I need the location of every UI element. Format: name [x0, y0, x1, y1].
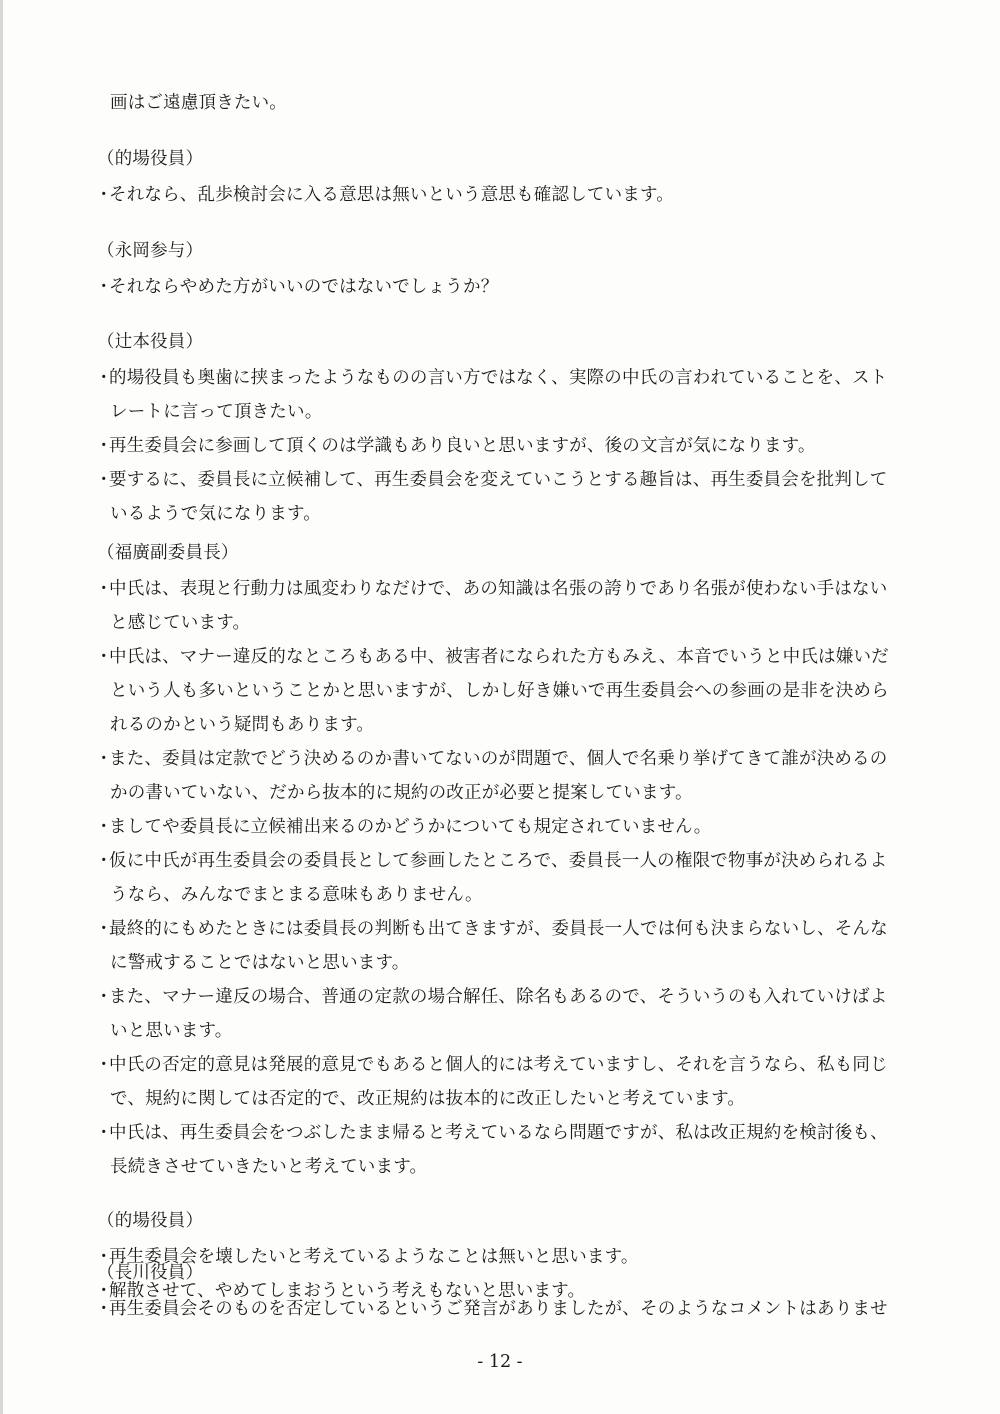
- bullet-icon: ・: [95, 1298, 109, 1320]
- bullet-icon: ・: [95, 469, 109, 491]
- bullet-continuation: うなら、みんなでまとまる意味もありません。: [110, 884, 483, 906]
- bullet-text: また、委員は定款でどう決めるのか書いてないのが問題で、個人で名乗り挙げてきて誰が…: [109, 749, 887, 769]
- continued-text: 画はご遠慮頂きたい。: [110, 92, 287, 114]
- bullet-continuation: かの書いていない、だから抜本的に規約の改正が必要と提案しています。: [110, 782, 693, 804]
- bullet-icon: ・: [95, 184, 109, 206]
- bullet-text: 仮に中氏が再生委員会の委員長として参画したところで、委員長一人の権限で物事が決め…: [109, 851, 887, 871]
- bullet-item: ・また、委員は定款でどう決めるのか書いてないのが問題で、個人で名乗り挙げてきて誰…: [95, 748, 887, 770]
- speaker-label: （辻本役員）: [97, 331, 203, 353]
- bullet-text: 中氏は、マナー違反的なところもある中、被害者になられた方もみえ、本音でいうと中氏…: [109, 647, 889, 667]
- bullet-continuation: れるのかという疑問もあります。: [110, 714, 374, 736]
- bullet-icon: ・: [95, 850, 109, 872]
- speaker-label: （的場役員）: [97, 1210, 203, 1232]
- bullet-item: ・再生委員会そのものを否定しているというご発言がありましたが、そのようなコメント…: [95, 1298, 888, 1320]
- bullet-item: ・最終的にもめたときには委員長の判断も出てきますが、委員長一人では何も決まらない…: [95, 918, 888, 940]
- bullet-item: ・ましてや委員長に立候補出来るのかどうかについても規定されていません。: [95, 816, 712, 838]
- bullet-icon: ・: [95, 1054, 109, 1076]
- bullet-icon: ・: [95, 816, 109, 838]
- bullet-item: ・中氏は、マナー違反的なところもある中、被害者になられた方もみえ、本音でいうと中…: [95, 646, 889, 668]
- bullet-item: ・中氏の否定的意見は発展的意見でもあると個人的には考えていますし、それを言うなら…: [95, 1054, 888, 1076]
- bullet-continuation: 長続きさせていきたいと考えています。: [110, 1156, 427, 1178]
- bullet-continuation: で、規約に関しては否定的で、改正規約は抜本的に改正したいと考えています。: [110, 1088, 745, 1110]
- bullet-continuation: いるようで気になります。: [110, 503, 321, 525]
- bullet-icon: ・: [95, 986, 109, 1008]
- bullet-item: ・中氏は、表現と行動力は風変わりなだけで、あの知識は名張の誇りであり名張が使わな…: [95, 578, 887, 600]
- bullet-item: ・仮に中氏が再生委員会の委員長として参画したところで、委員長一人の権限で物事が決…: [95, 850, 887, 872]
- bullet-item: ・中氏は、再生委員会をつぶしたまま帰ると考えているなら問題ですが、私は改正規約を…: [95, 1122, 888, 1144]
- speaker-label: （長川役員）: [97, 1262, 203, 1284]
- bullet-text: 中氏は、再生委員会をつぶしたまま帰ると考えているなら問題ですが、私は改正規約を検…: [109, 1123, 888, 1143]
- scan-page-edge: [0, 0, 3, 1414]
- bullet-icon: ・: [95, 918, 109, 940]
- page-number: - 12 -: [0, 1352, 1000, 1372]
- bullet-icon: ・: [95, 435, 109, 457]
- bullet-item: ・それなら、乱歩検討会に入る意思は無いという意思も確認しています。: [95, 184, 674, 206]
- speaker-label: （福廣副委員長）: [97, 542, 239, 564]
- bullet-continuation: と感じています。: [110, 612, 250, 634]
- bullet-text: 最終的にもめたときには委員長の判断も出てきますが、委員長一人では何も決まらないし…: [109, 919, 888, 939]
- bullet-icon: ・: [95, 646, 109, 668]
- bullet-text: それなら、乱歩検討会に入る意思は無いという意思も確認しています。: [109, 185, 674, 205]
- bullet-text: それならやめた方がいいのではないでしょうか？: [109, 277, 498, 297]
- bullet-text: 要するに、委員長に立候補して、再生委員会を変えていこうとする趣旨は、再生委員会を…: [109, 470, 887, 490]
- bullet-continuation: レートに言って頂きたい。: [110, 401, 322, 423]
- bullet-continuation: という人も多いということかと思いますが、しかし好き嫌いで再生委員会への参画の是非…: [110, 680, 889, 702]
- bullet-icon: ・: [95, 748, 109, 770]
- bullet-text: 中氏は、表現と行動力は風変わりなだけで、あの知識は名張の誇りであり名張が使わない…: [109, 579, 887, 599]
- bullet-item: ・それならやめた方がいいのではないでしょうか？: [95, 276, 498, 298]
- bullet-text: ましてや委員長に立候補出来るのかどうかについても規定されていません。: [109, 817, 712, 837]
- bullet-item: ・要するに、委員長に立候補して、再生委員会を変えていこうとする趣旨は、再生委員会…: [95, 469, 887, 491]
- bullet-icon: ・: [95, 367, 109, 389]
- bullet-item: ・また、マナー違反の場合、普通の定款の場合解任、除名もあるので、そういうのも入れ…: [95, 986, 887, 1008]
- bullet-icon: ・: [95, 276, 109, 298]
- bullet-icon: ・: [95, 1122, 109, 1144]
- bullet-continuation: に警戒することではないと思います。: [110, 952, 410, 974]
- bullet-continuation: いと思います。: [110, 1020, 233, 1042]
- bullet-text: 中氏の否定的意見は発展的意見でもあると個人的には考えていますし、それを言うなら、…: [109, 1055, 888, 1075]
- bullet-item: ・再生委員会に参画して頂くのは学識もあり良いと思いますが、後の文言が気になります…: [95, 435, 816, 457]
- bullet-text: 的場役員も奥歯に挟まったようなものの言い方ではなく、実際の中氏の言われていること…: [109, 368, 887, 388]
- bullet-text: 再生委員会に参画して頂くのは学識もあり良いと思いますが、後の文言が気になります。: [109, 436, 816, 456]
- bullet-text: 再生委員会そのものを否定しているというご発言がありましたが、そのようなコメントは…: [109, 1299, 888, 1319]
- speaker-label: （永岡参与）: [97, 240, 203, 262]
- bullet-item: ・的場役員も奥歯に挟まったようなものの言い方ではなく、実際の中氏の言われているこ…: [95, 367, 887, 389]
- speaker-label: （的場役員）: [97, 148, 203, 170]
- bullet-icon: ・: [95, 578, 109, 600]
- bullet-text: また、マナー違反の場合、普通の定款の場合解任、除名もあるので、そういうのも入れて…: [109, 987, 887, 1007]
